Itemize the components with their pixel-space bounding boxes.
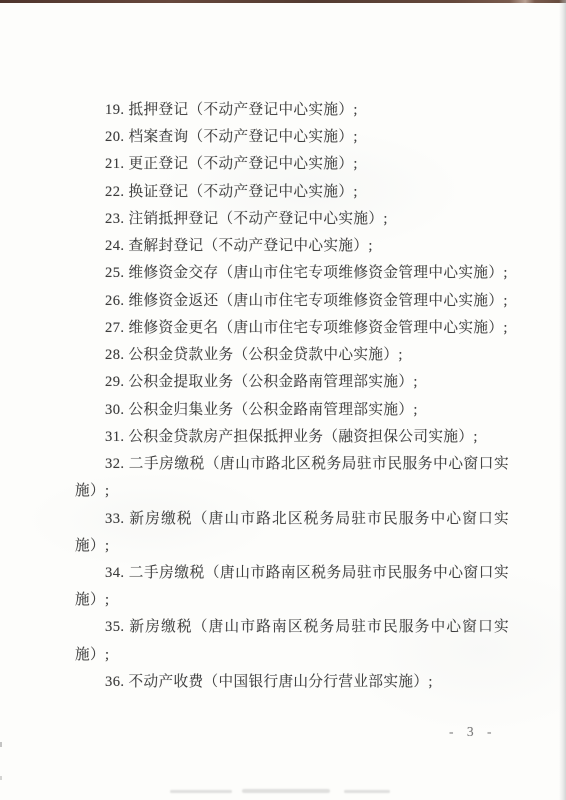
item-text: 公积金归集业务（公积金路南管理部实施）; xyxy=(129,402,418,418)
item-text: 公积金贷款房产担保抵押业务（融资担保公司实施）; xyxy=(129,429,478,445)
item-text: 维修资金返还（唐山市住宅专项维修资金管理中心实施）; xyxy=(129,293,508,309)
item-number: 30. xyxy=(105,402,129,418)
item-number: 20. xyxy=(105,129,129,145)
list-item: 35. 新房缴税（唐山市路南区税务局驻市民服务中心窗口实施）; xyxy=(75,614,509,668)
item-text: 公积金贷款业务（公积金贷款中心实施）; xyxy=(129,347,403,363)
scan-top-edge-artifact xyxy=(0,0,566,3)
item-text: 换证登记（不动产登记中心实施）; xyxy=(129,184,358,200)
scan-right-edge-shadow xyxy=(559,0,566,800)
item-number: 21. xyxy=(105,156,129,172)
item-text: 二手房缴税（唐山市路南区税务局驻市民服务中心窗口实施）; xyxy=(75,565,509,608)
list-item: 36. 不动产收费（中国银行唐山分行营业部实施）; xyxy=(75,669,509,696)
item-number: 28. xyxy=(105,347,129,363)
list-item: 20. 档案查询（不动产登记中心实施）; xyxy=(75,124,509,151)
list-item: 19. 抵押登记（不动产登记中心实施）; xyxy=(75,97,509,124)
item-number: 26. xyxy=(105,293,129,309)
item-text: 新房缴税（唐山市路南区税务局驻市民服务中心窗口实施）; xyxy=(75,619,509,662)
item-number: 33. xyxy=(105,511,129,527)
item-text: 更正登记（不动产登记中心实施）; xyxy=(129,156,358,172)
list-item: 29. 公积金提取业务（公积金路南管理部实施）; xyxy=(75,369,509,396)
scan-smudge xyxy=(242,789,330,793)
list-item: 34. 二手房缴税（唐山市路南区税务局驻市民服务中心窗口实施）; xyxy=(75,560,509,614)
item-text: 查解封登记（不动产登记中心实施）; xyxy=(129,238,373,254)
item-number: 31. xyxy=(105,429,129,445)
scan-edge-mark xyxy=(0,776,2,780)
service-list: 19. 抵押登记（不动产登记中心实施）; 20. 档案查询（不动产登记中心实施）… xyxy=(75,97,509,696)
item-number: 23. xyxy=(105,211,129,227)
item-number: 29. xyxy=(105,374,129,390)
list-item: 23. 注销抵押登记（不动产登记中心实施）; xyxy=(75,206,509,233)
item-text: 维修资金交存（唐山市住宅专项维修资金管理中心实施）; xyxy=(129,265,508,281)
item-text: 注销抵押登记（不动产登记中心实施）; xyxy=(129,211,388,227)
list-item: 32. 二手房缴税（唐山市路北区税务局驻市民服务中心窗口实施）; xyxy=(75,451,509,505)
list-item: 22. 换证登记（不动产登记中心实施）; xyxy=(75,179,509,206)
list-item: 21. 更正登记（不动产登记中心实施）; xyxy=(75,151,509,178)
list-item: 31. 公积金贷款房产担保抵押业务（融资担保公司实施）; xyxy=(75,424,509,451)
item-number: 34. xyxy=(105,565,129,581)
item-text: 不动产收费（中国银行唐山分行营业部实施）; xyxy=(129,674,433,690)
item-text: 维修资金更名（唐山市住宅专项维修资金管理中心实施）; xyxy=(129,320,508,336)
item-number: 25. xyxy=(105,265,129,281)
list-item: 27. 维修资金更名（唐山市住宅专项维修资金管理中心实施）; xyxy=(75,315,509,342)
scan-smudge xyxy=(170,790,232,793)
item-number: 22. xyxy=(105,184,129,200)
list-item: 24. 查解封登记（不动产登记中心实施）; xyxy=(75,233,509,260)
item-text: 公积金提取业务（公积金路南管理部实施）; xyxy=(129,374,418,390)
page-number: - 3 - xyxy=(449,724,497,740)
item-number: 19. xyxy=(105,102,129,118)
item-number: 32. xyxy=(105,456,129,472)
item-number: 36. xyxy=(105,674,129,690)
item-text: 新房缴税（唐山市路北区税务局驻市民服务中心窗口实施）; xyxy=(75,511,509,554)
document-page: 19. 抵押登记（不动产登记中心实施）; 20. 档案查询（不动产登记中心实施）… xyxy=(0,0,566,800)
item-number: 24. xyxy=(105,238,129,254)
scan-smudge xyxy=(344,790,390,793)
item-number: 27. xyxy=(105,320,129,336)
scan-edge-mark xyxy=(0,742,2,747)
item-text: 二手房缴税（唐山市路北区税务局驻市民服务中心窗口实施）; xyxy=(75,456,509,499)
list-item: 33. 新房缴税（唐山市路北区税务局驻市民服务中心窗口实施）; xyxy=(75,506,509,560)
item-number: 35. xyxy=(105,619,129,635)
item-text: 档案查询（不动产登记中心实施）; xyxy=(129,129,358,145)
item-text: 抵押登记（不动产登记中心实施）; xyxy=(129,102,358,118)
list-item: 30. 公积金归集业务（公积金路南管理部实施）; xyxy=(75,397,509,424)
list-item: 26. 维修资金返还（唐山市住宅专项维修资金管理中心实施）; xyxy=(75,288,509,315)
list-item: 25. 维修资金交存（唐山市住宅专项维修资金管理中心实施）; xyxy=(75,260,509,287)
list-item: 28. 公积金贷款业务（公积金贷款中心实施）; xyxy=(75,342,509,369)
